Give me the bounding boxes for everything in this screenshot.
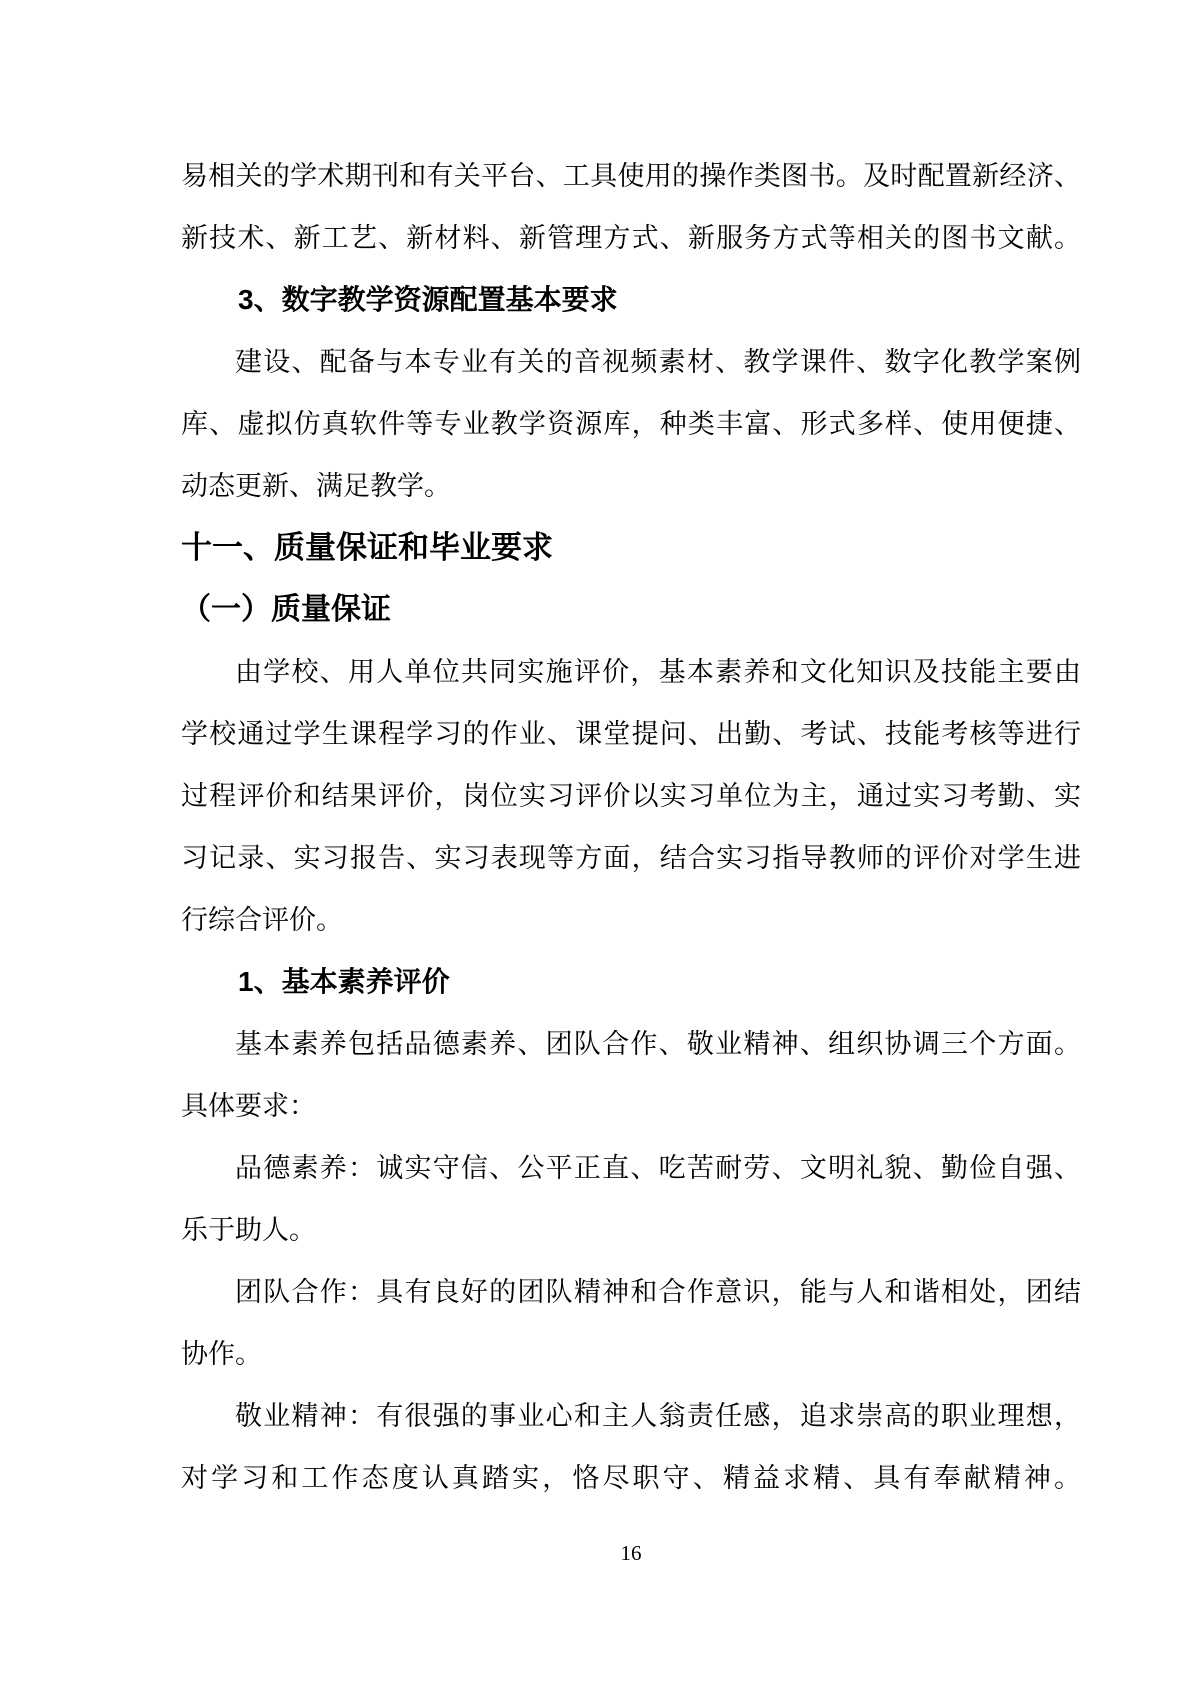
body-line: 品德素养：诚实守信、公平正直、吃苦耐劳、文明礼貌、勤俭自强、: [181, 1137, 1081, 1199]
body-line: 敬业精神：有很强的事业心和主人翁责任感，追求崇高的职业理想，: [181, 1385, 1081, 1447]
body-line: 乐于助人。: [181, 1199, 1081, 1261]
body-line: 对学习和工作态度认真踏实，恪尽职守、精益求精、具有奉献精神。: [181, 1447, 1081, 1509]
body-line: 由学校、用人单位共同实施评价，基本素养和文化知识及技能主要由: [181, 641, 1081, 703]
body-line: 基本素养包括品德素养、团队合作、敬业精神、组织协调三个方面。: [181, 1013, 1081, 1075]
section-heading-quality-assurance: （一）质量保证: [181, 579, 1081, 641]
body-line: 具体要求：: [181, 1075, 1081, 1137]
body-line: 过程评价和结果评价，岗位实习评价以实习单位为主，通过实习考勤、实: [181, 765, 1081, 827]
body-line: 习记录、实习报告、实习表现等方面，结合实习指导教师的评价对学生进: [181, 827, 1081, 889]
body-line: 易相关的学术期刊和有关平台、工具使用的操作类图书。及时配置新经济、: [181, 145, 1081, 207]
body-line: 行综合评价。: [181, 889, 1081, 951]
body-line: 新技术、新工艺、新材料、新管理方式、新服务方式等相关的图书文献。: [181, 207, 1081, 269]
subsection-heading-basic-quality-eval: 1、基本素养评价: [181, 951, 1081, 1013]
body-line: 协作。: [181, 1323, 1081, 1385]
body-line: 库、虚拟仿真软件等专业教学资源库，种类丰富、形式多样、使用便捷、: [181, 393, 1081, 455]
body-line: 动态更新、满足教学。: [181, 455, 1081, 517]
body-line: 建设、配备与本专业有关的音视频素材、教学课件、数字化教学案例: [181, 331, 1081, 393]
subsection-heading-digital-resources: 3、数字教学资源配置基本要求: [181, 269, 1081, 331]
text-block: 易相关的学术期刊和有关平台、工具使用的操作类图书。及时配置新经济、 新技术、新工…: [181, 145, 1081, 1569]
body-line: 学校通过学生课程学习的作业、课堂提问、出勤、考试、技能考核等进行: [181, 703, 1081, 765]
body-line: 团队合作：具有良好的团队精神和合作意识，能与人和谐相处，团结: [181, 1261, 1081, 1323]
chapter-heading-quality-graduation: 十一、质量保证和毕业要求: [181, 517, 1081, 579]
document-page: 易相关的学术期刊和有关平台、工具使用的操作类图书。及时配置新经济、 新技术、新工…: [0, 0, 1190, 1683]
page-number: 16: [181, 1537, 1081, 1569]
